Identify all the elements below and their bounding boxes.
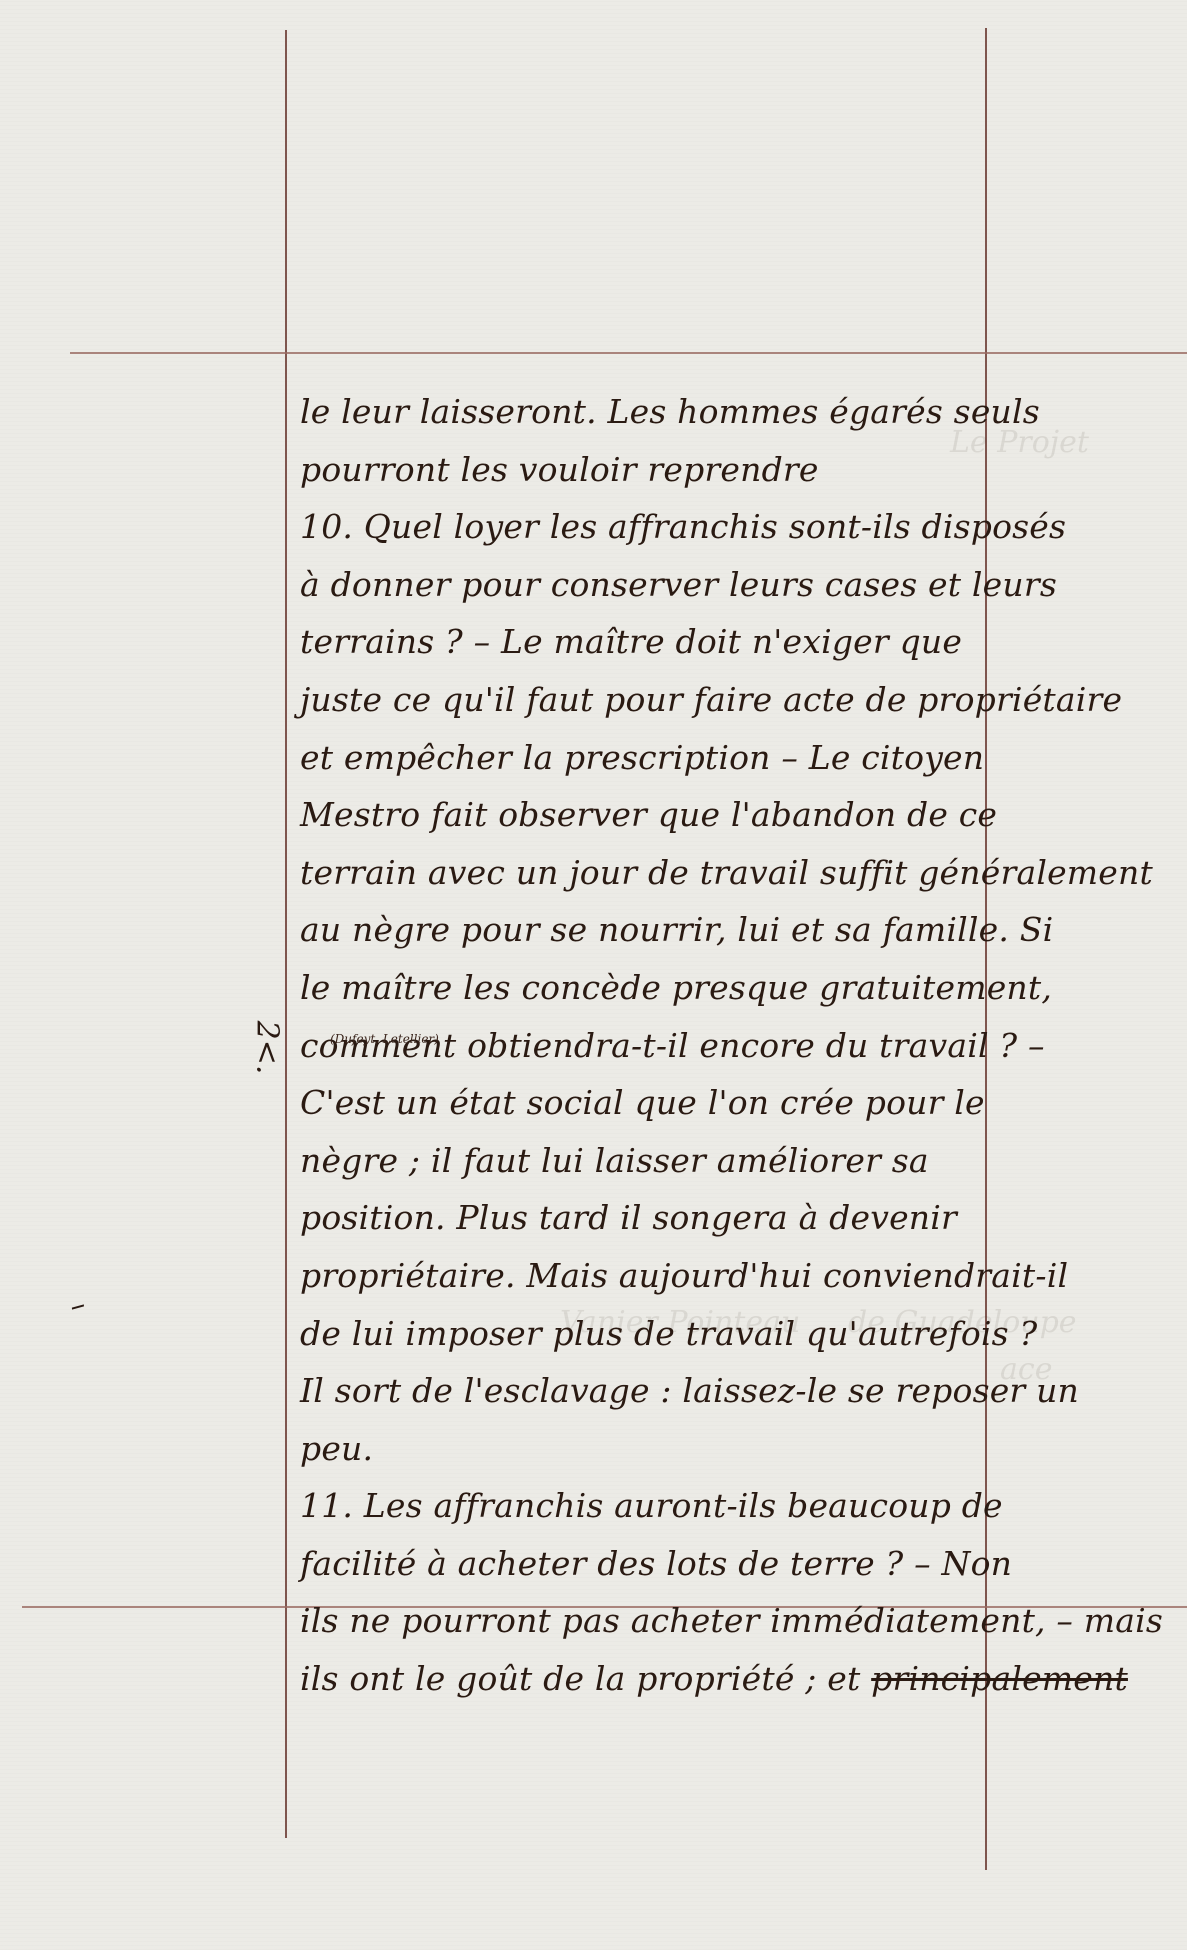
manuscript-line: pourront les vouloir reprendre (300, 441, 1020, 499)
manuscript-line: juste ce qu'il faut pour faire acte de p… (300, 671, 1020, 729)
manuscript-line-last: ils ont le goût de la propriété ; et pri… (300, 1650, 1020, 1708)
top-horizontal-rule (70, 352, 1187, 354)
manuscript-line: de lui imposer plus de travail qu'autref… (300, 1305, 1020, 1363)
margin-mark: 2<. (249, 1021, 284, 1075)
manuscript-text: ils ont le goût de la propriété ; et (300, 1659, 860, 1698)
manuscript-line: et empêcher la prescription – Le citoyen (300, 729, 1020, 787)
manuscript-line: au nègre pour se nourrir, lui et sa fami… (300, 901, 1020, 959)
margin-dash: – (66, 1287, 90, 1325)
manuscript-line: 10. Quel loyer les affranchis sont-ils d… (300, 498, 1020, 556)
manuscript-line: terrain avec un jour de travail suffit g… (300, 844, 1020, 902)
manuscript-line: C'est un état social que l'on crée pour … (300, 1074, 1020, 1132)
manuscript-line: nègre ; il faut lui laisser améliorer sa (300, 1132, 1020, 1190)
manuscript-line: position. Plus tard il songera à devenir (300, 1189, 1020, 1247)
interlinear-insertion: (Dufeyt, Letellier) (330, 1032, 439, 1046)
manuscript-line: le leur laisseront. Les hommes égarés se… (300, 383, 1020, 441)
manuscript-line: facilité à acheter des lots de terre ? –… (300, 1535, 1020, 1593)
manuscript-line: Mestro fait observer que l'abandon de ce (300, 786, 1020, 844)
manuscript-line: terrains ? – Le maître doit n'exiger que (300, 613, 1020, 671)
manuscript-line: ils ne pourront pas acheter immédiatemen… (300, 1592, 1020, 1650)
manuscript-line: à donner pour conserver leurs cases et l… (300, 556, 1020, 614)
manuscript-line: propriétaire. Mais aujourd'hui conviendr… (300, 1247, 1020, 1305)
struck-through-word: principalement (871, 1659, 1128, 1698)
manuscript-line: 11. Les affranchis auront-ils beaucoup d… (300, 1477, 1020, 1535)
left-margin-rule (285, 30, 287, 1838)
manuscript-line: Il sort de l'esclavage : laissez-le se r… (300, 1362, 1020, 1420)
manuscript-line: peu. (300, 1420, 1020, 1478)
manuscript-line: le maître les concède presque gratuiteme… (300, 959, 1020, 1017)
